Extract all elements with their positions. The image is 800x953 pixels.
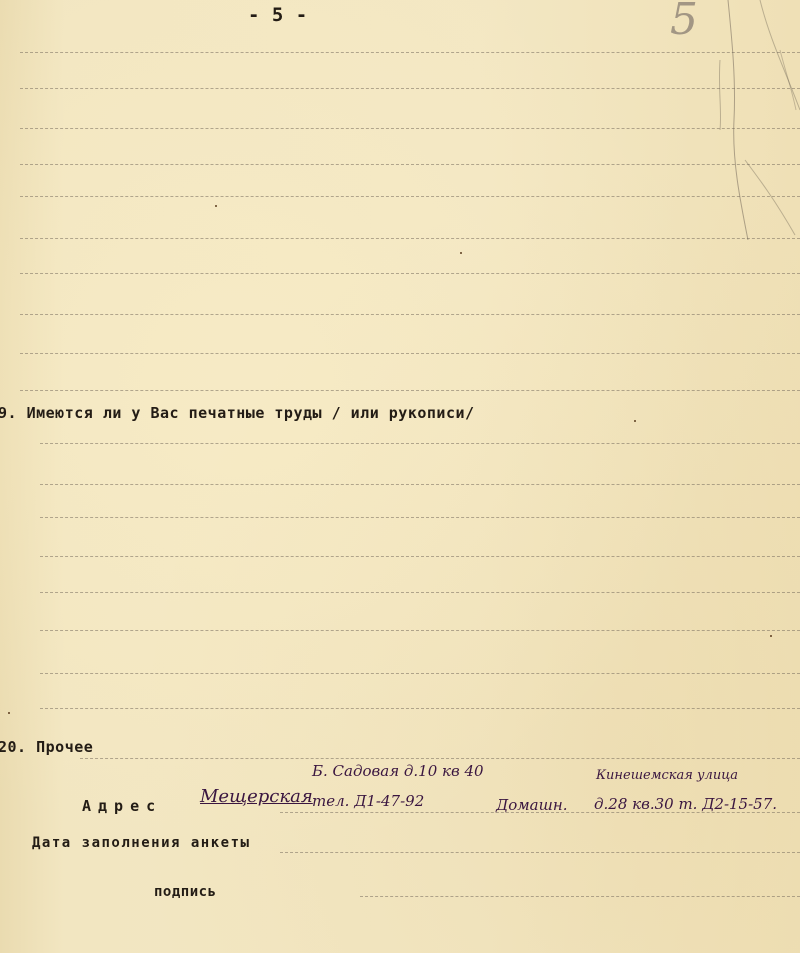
ruled-line bbox=[40, 673, 800, 674]
paper-speck bbox=[460, 252, 462, 254]
paper-speck bbox=[770, 635, 772, 637]
handwritten-work-street: Б. Садовая д.10 кв 40 bbox=[312, 762, 484, 780]
ruled-line bbox=[20, 390, 800, 391]
pencil-scribble-icon bbox=[700, 0, 800, 240]
ruled-line bbox=[80, 758, 800, 759]
ruled-line bbox=[20, 314, 800, 315]
ruled-line bbox=[20, 52, 800, 53]
ruled-line bbox=[280, 852, 800, 853]
fill-date-label: Дата заполнения анкеты bbox=[32, 835, 250, 851]
ruled-line bbox=[20, 88, 800, 89]
ruled-line bbox=[40, 592, 800, 593]
handwritten-home-street: Кинешемская улица bbox=[596, 768, 738, 783]
ruled-line bbox=[360, 896, 800, 897]
page-number: - 5 - bbox=[248, 4, 308, 26]
handwritten-home-label: Домашн. bbox=[496, 796, 567, 814]
document-page: 5 - 5 - 9. Имеются ли у Вас печатные тру… bbox=[0, 0, 800, 953]
ruled-line bbox=[20, 273, 800, 274]
handwritten-name: Мещерская bbox=[200, 786, 313, 807]
ruled-line bbox=[20, 238, 800, 239]
paper-speck bbox=[8, 712, 10, 714]
handwritten-work-phone: тел. Д1-47-92 bbox=[312, 792, 424, 810]
handwritten-home-address: д.28 кв.30 т. Д2-15-57. bbox=[594, 795, 777, 813]
ruled-line bbox=[40, 484, 800, 485]
ruled-line bbox=[20, 353, 800, 354]
address-label: Адрес bbox=[82, 797, 162, 815]
question-20-other: 20. Прочее bbox=[0, 738, 93, 756]
ruled-line bbox=[40, 556, 800, 557]
archive-folio-mark: 5 bbox=[670, 0, 698, 45]
paper-speck bbox=[215, 205, 217, 207]
signature-label: подпись bbox=[154, 884, 217, 900]
question-19-printed-works: 9. Имеются ли у Вас печатные труды / или… bbox=[0, 404, 475, 422]
ruled-line bbox=[40, 443, 800, 444]
ruled-line bbox=[40, 708, 800, 709]
paper-speck bbox=[634, 420, 636, 422]
ruled-line bbox=[20, 164, 800, 165]
ruled-line bbox=[40, 630, 800, 631]
ruled-line bbox=[20, 196, 800, 197]
ruled-line bbox=[40, 517, 800, 518]
ruled-line bbox=[20, 128, 800, 129]
